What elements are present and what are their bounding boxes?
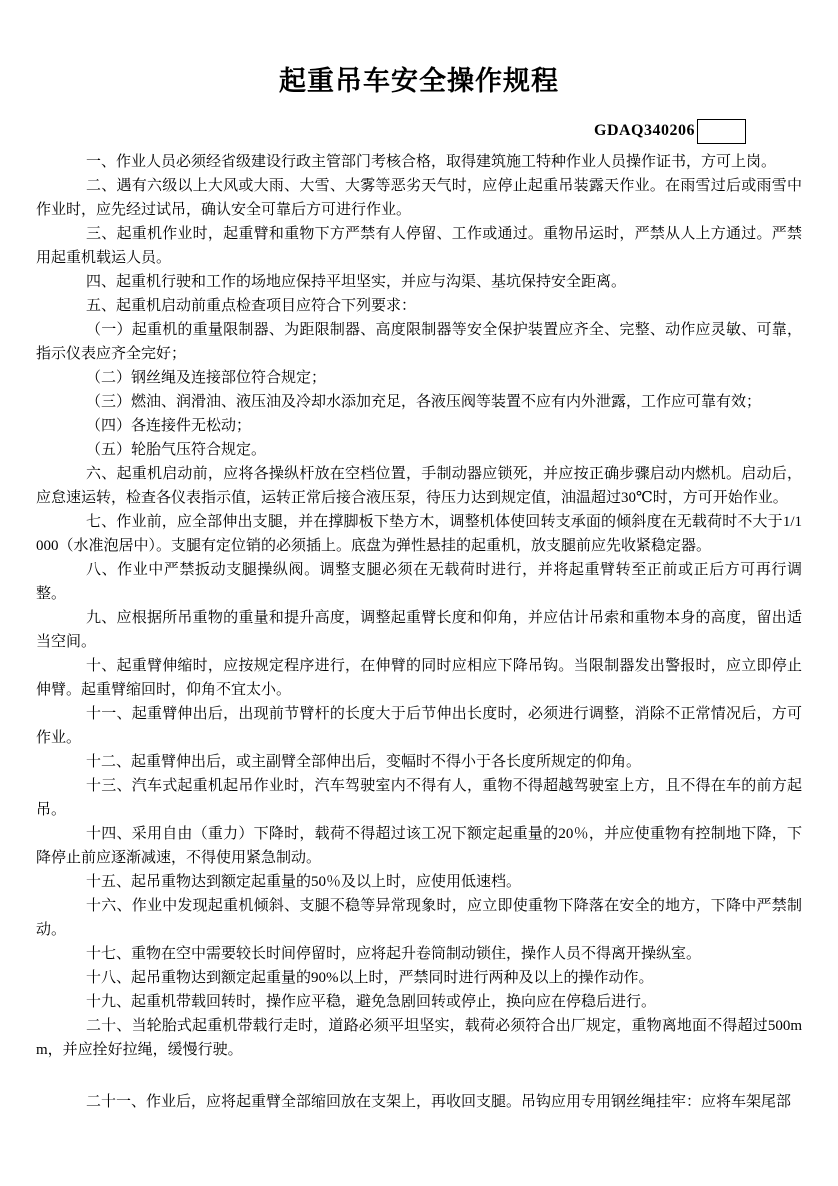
doc-code-box [697, 119, 746, 144]
paragraph-5-item-5: （五）轮胎气压符合规定。 [36, 438, 802, 462]
paragraph-7: 七、作业前，应全部伸出支腿，并在撑脚板下垫方木，调整机体使回转支承面的倾斜度在无… [36, 510, 802, 558]
paragraph-5-item-1: （一）起重机的重量限制器、为距限制器、高度限制器等安全保护装置应齐全、完整、动作… [36, 318, 802, 366]
paragraph-21: 二十一、作业后，应将起重臂全部缩回放在支架上，再收回支腿。吊钩应用专用钢丝绳挂牢… [36, 1090, 802, 1114]
doc-code: GDAQ340206 [594, 122, 695, 140]
paragraph-15: 十五、起吊重物达到额定起重量的50％及以上时，应使用低速档。 [36, 870, 802, 894]
paragraph-11: 十一、起重臂伸出后，出现前节臂杆的长度大于后节伸出长度时，必须进行调整，消除不正… [36, 702, 802, 750]
document-page: 起重吊车安全操作规程 GDAQ340206 一、作业人员必须经省级建设行政主管部… [0, 0, 838, 1186]
paragraph-4: 四、起重机行驶和工作的场地应保持平坦坚实，并应与沟渠、基坑保持安全距离。 [36, 270, 802, 294]
doc-code-row: GDAQ340206 [36, 118, 802, 144]
paragraph-5: 五、起重机启动前重点检查项目应符合下列要求： [36, 294, 802, 318]
paragraph-6: 六、起重机启动前，应将各操纵杆放在空档位置，手制动器应锁死，并应按正确步骤启动内… [36, 462, 802, 510]
paragraph-2: 二、遇有六级以上大风或大雨、大雪、大雾等恶劣天气时，应停止起重吊装露天作业。在雨… [36, 174, 802, 222]
paragraph-10: 十、起重臂伸缩时，应按规定程序进行，在伸臂的同时应相应下降吊钩。当限制器发出警报… [36, 654, 802, 702]
document-title: 起重吊车安全操作规程 [36, 64, 802, 98]
paragraph-3: 三、起重机作业时，起重臂和重物下方严禁有人停留、工作或通过。重物吊运时，严禁从人… [36, 222, 802, 270]
paragraph-19: 十九、起重机带载回转时，操作应平稳，避免急剧回转或停止，换向应在停稳后进行。 [36, 990, 802, 1014]
paragraph-12: 十二、起重臂伸出后，或主副臂全部伸出后，变幅时不得小于各长度所规定的仰角。 [36, 750, 802, 774]
paragraph-13: 十三、汽车式起重机起吊作业时，汽车驾驶室内不得有人，重物不得超越驾驶室上方，且不… [36, 774, 802, 822]
paragraph-5-item-2: （二）钢丝绳及连接部位符合规定； [36, 366, 802, 390]
document-body: 一、作业人员必须经省级建设行政主管部门考核合格，取得建筑施工特种作业人员操作证书… [36, 150, 802, 1114]
paragraph-18: 十八、起吊重物达到额定起重量的90%以上时，严禁同时进行两种及以上的操作动作。 [36, 966, 802, 990]
paragraph-16: 十六、作业中发现起重机倾斜、支腿不稳等异常现象时，应立即使重物下降落在安全的地方… [36, 894, 802, 942]
paragraph-14: 十四、采用自由（重力）下降时，载荷不得超过该工况下额定起重量的20％，并应使重物… [36, 822, 802, 870]
paragraph-17: 十七、重物在空中需要较长时间停留时，应将起升卷筒制动锁住，操作人员不得离开操纵室… [36, 942, 802, 966]
paragraph-9: 九、应根据所吊重物的重量和提升高度，调整起重臂长度和仰角，并应估计吊索和重物本身… [36, 606, 802, 654]
paragraph-5-item-4: （四）各连接件无松动； [36, 414, 802, 438]
paragraph-20: 二十、当轮胎式起重机带载行走时，道路必须平坦坚实，载荷必须符合出厂规定，重物离地… [36, 1014, 802, 1062]
paragraph-5-item-3: （三）燃油、润滑油、液压油及冷却水添加充足，各液压阀等装置不应有内外泄露，工作应… [36, 390, 802, 414]
paragraph-1: 一、作业人员必须经省级建设行政主管部门考核合格，取得建筑施工特种作业人员操作证书… [36, 150, 802, 174]
paragraph-8: 八、作业中严禁扳动支腿操纵阀。调整支腿必须在无载荷时进行，并将起重臂转至正前或正… [36, 558, 802, 606]
